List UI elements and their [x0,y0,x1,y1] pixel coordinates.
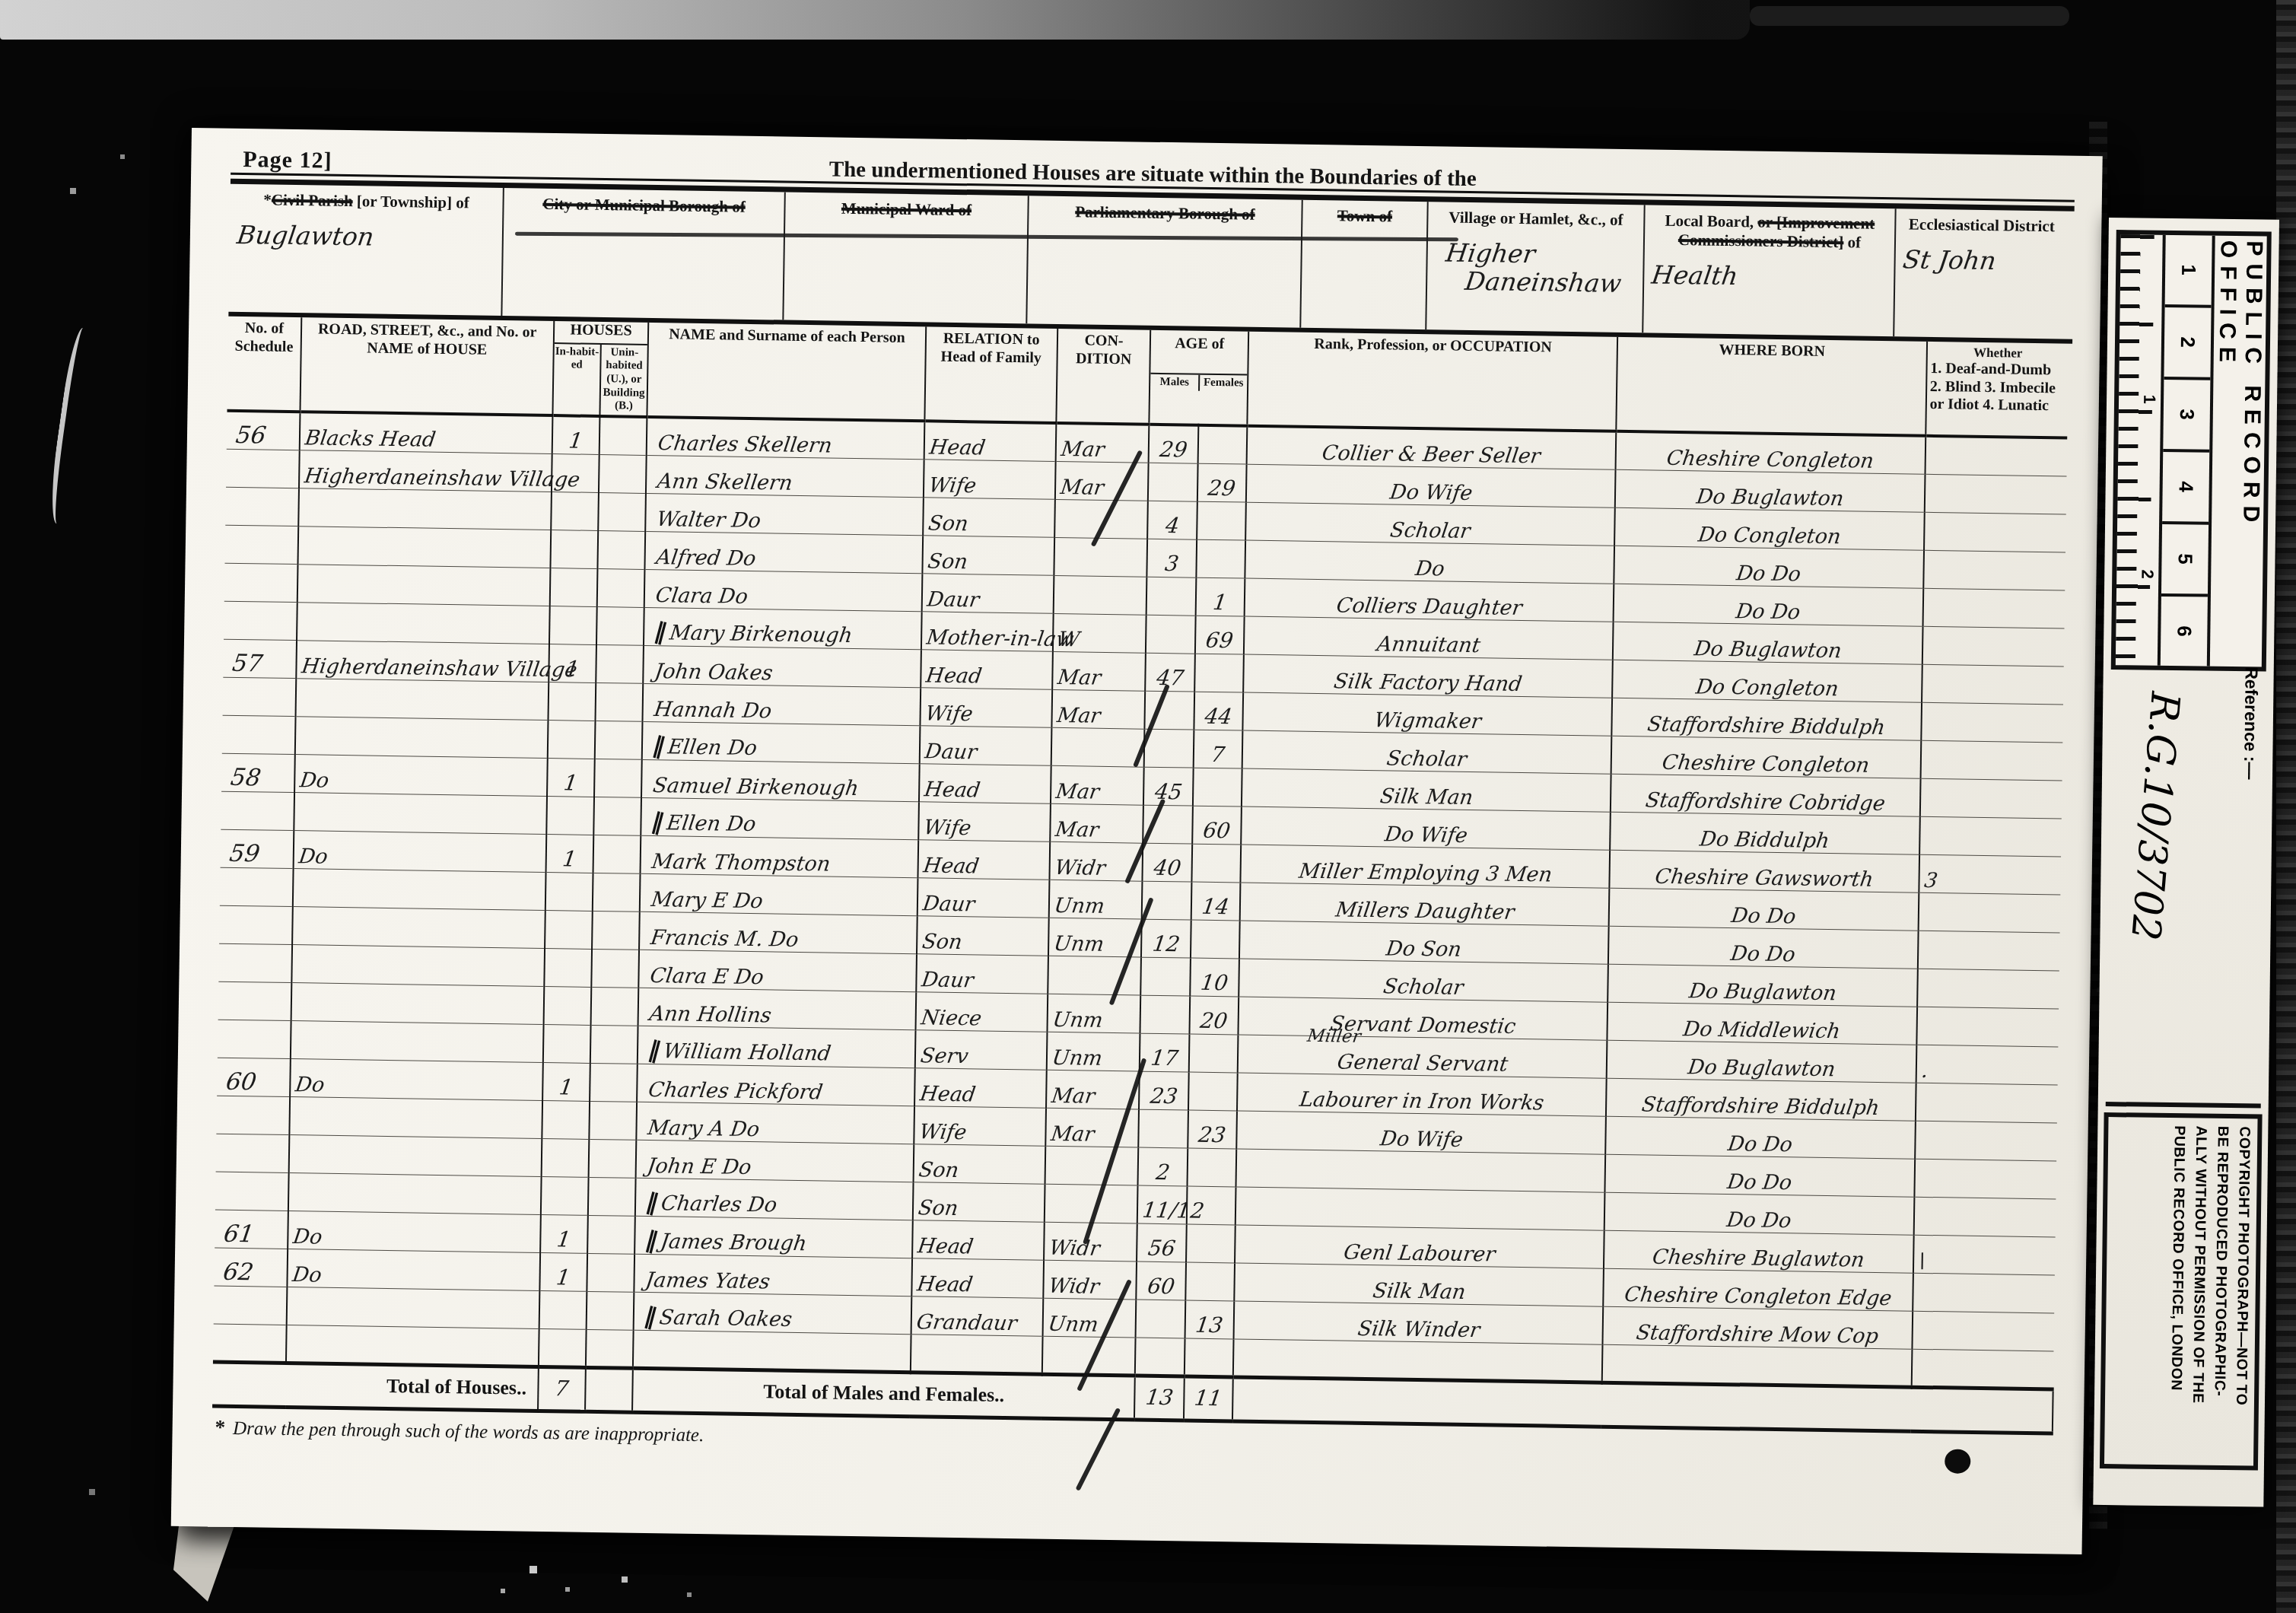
cell-age_m [1139,1109,1188,1148]
cell-name: ∥Charles Do [635,1178,913,1220]
cell-born: Staffordshire Biddulph [1606,1078,1916,1121]
cell-schedule: 56 [227,411,300,450]
cell-name: Francis M. Do [639,911,917,953]
cell-occupation: Miller Employing 3 Men [1241,845,1611,888]
cell-note [1920,778,2062,819]
cell-occupation: Scholar [1242,730,1612,774]
cell-relation: Son [912,1182,1045,1222]
cell-address: Blacks Head [299,412,552,453]
cell-note [1919,816,2062,857]
cell-age_f: 60 [1192,806,1242,845]
cell-condition [1053,575,1146,615]
cell-occupation: Annuitant [1244,616,1614,660]
col-houses: HOUSES In-habit-ed Unin-habited (U.), or… [552,321,649,417]
cell-occupation: Silk Winder [1234,1301,1604,1344]
cell-relation: Head [919,763,1051,803]
cell-age_m: 11/12 [1137,1185,1187,1224]
cell-uninhabited [595,721,643,759]
cell-age_m: 40 [1143,843,1192,882]
civil-parish-value: Buglawton [235,220,376,252]
cell-inhabited [539,1328,587,1367]
cell-uninhabited [594,759,642,797]
cell-age_m [1141,957,1191,996]
cell-condition: Unm [1048,918,1142,957]
cell-inhabited [543,986,591,1025]
cell-occupation: Collier & Beer Seller [1247,426,1617,469]
cell-age_m: 45 [1143,767,1193,806]
cell-age_m [1135,1338,1185,1376]
cell-born: Do Buglawton [1608,964,1917,1007]
cell-uninhabited [591,987,639,1026]
cell-note [1925,436,2067,476]
cell-relation: Wife [920,687,1052,727]
cell-note [1921,702,2063,743]
cell-relation: Serv [914,1029,1047,1070]
cell-inhabited [539,1290,587,1329]
cell-age_f: 1 [1195,577,1245,616]
cell-relation: Grandaur [911,1296,1043,1336]
cell-note [1916,1007,2059,1047]
cell-occupation: Do Son [1239,921,1609,964]
cell-note [1914,1159,2056,1199]
cell-age_f [1186,1224,1235,1263]
cell-address [294,716,548,758]
pen-caret-mark: ∥ [642,1302,660,1331]
cell-relation: Head [924,421,1056,461]
pro-reference-strip: 1 2 1 2 3 4 5 6 PUBLIC RECORD OFFICE Ref… [2093,218,2279,1507]
field-municipal-ward: Municipal Ward of [784,192,1029,324]
col-schedule: No. of Schedule [227,317,301,412]
cell-relation: Head [911,1258,1044,1298]
cell-address [297,526,551,568]
cell-age_f: 29 [1197,463,1247,502]
cell-uninhabited [598,492,646,531]
cell-address [286,1325,539,1366]
total-houses-value: 7 [553,1376,570,1401]
cell-address [288,1134,542,1176]
cell-note [1913,1273,2055,1313]
cell-inhabited: 1 [552,415,599,454]
cell-note: . [1916,1045,2058,1085]
cell-born: Do Buglawton [1615,469,1925,512]
cell-note [1920,740,2062,781]
cell-schedule [225,525,298,564]
cell-inhabited [545,872,593,911]
cell-age_f: 20 [1189,996,1239,1035]
cell-address [289,1096,542,1138]
cell-born: Do Do [1604,1192,1914,1235]
cell-age_m [1144,729,1194,768]
cell-relation: Son [923,497,1055,537]
cell-age_f [1194,654,1244,692]
cell-note: 3 [1919,854,2061,895]
ruler-ticks: 1 2 [2116,234,2166,666]
cell-inhabited [541,1138,589,1177]
cell-relation: Son [913,1144,1045,1184]
cell-relation: Daur [917,877,1049,918]
cell-name: Ann Hollins [638,988,916,1029]
total-males-value: 13 [1144,1385,1175,1410]
cell-name: ∥Sarah Oakes [634,1292,911,1334]
cell-uninhabited [587,1291,634,1330]
cell-occupation: Scholar [1245,502,1615,546]
cell-born: Do Congleton [1612,660,1922,702]
cell-schedule [216,1134,289,1172]
cell-schedule [218,1020,291,1058]
cell-occupation: Do Wife [1236,1111,1606,1154]
cell-name: Mary A Do [637,1102,914,1144]
cell-occupation: Silk Man [1242,768,1611,812]
cell-name: Alfred Do [645,531,923,573]
cell-schedule: 59 [221,829,294,868]
pen-caret-mark: ∥ [650,807,667,836]
total-houses-label: Total of Houses.. [212,1362,538,1411]
cell-occupation: MillerGeneral Servant [1238,1035,1608,1078]
cell-inhabited [549,568,597,606]
cell-address: Do [288,1211,541,1252]
cell-condition: W [1053,613,1146,653]
cell-born: Cheshire Congleton [1616,431,1926,474]
cell-born: Do Buglawton [1607,1040,1916,1083]
cell-occupation: Wigmaker [1243,692,1613,736]
cell-schedule [214,1286,287,1325]
cell-age_m [1136,1300,1185,1338]
cell-address [290,1020,543,1062]
cell-relation: Wife [924,459,1056,499]
cell-age_m [1140,995,1190,1034]
cell-name [633,1330,911,1372]
cell-note [1917,969,2059,1009]
cell-condition [1051,727,1144,767]
field-town: Town of [1301,200,1428,329]
cell-occupation: Labourer in Iron Works [1237,1073,1607,1116]
scan-noise-right [2276,0,2296,1613]
cell-inhabited [542,1024,590,1063]
cell-born: Do Do [1605,1116,1915,1159]
col-inhabited: In-habit-ed [553,344,602,415]
cell-note [1924,474,2066,514]
cell-born: Do Do [1608,926,1918,969]
scan-scratch [46,326,98,526]
pen-caret-mark: ∥ [644,1188,661,1217]
cell-schedule [226,449,299,488]
pen-caret-mark: ∥ [644,1226,661,1255]
cell-address [297,602,550,644]
cell-relation: Daur [919,725,1051,765]
cell-inhabited [545,910,593,949]
local-board-value: Health [1650,260,1740,291]
reference-label: Reference :— [2240,667,2262,780]
cell-born: Cheshire Gawsworth [1610,850,1919,892]
village-value-2: Daneinshaw [1464,266,1623,298]
cell-note [1922,588,2065,628]
reference-number: R.G.10/3702 [2122,690,2188,943]
cell-occupation: Scholar [1239,959,1608,1002]
cell-occupation [1235,1187,1605,1230]
cell-born: Staffordshire Biddulph [1612,698,1922,740]
cell-occupation: Silk Factory Hand [1243,654,1613,698]
cell-address: Higherdaneinshaw Village [299,450,552,492]
cell-schedule [215,1172,288,1211]
cell-uninhabited [596,682,644,721]
cell-schedule: 61 [215,1210,288,1249]
cell-born: Do Congleton [1614,507,1924,550]
cell-schedule [219,905,292,944]
col-age: AGE of Males Females [1150,330,1249,426]
cell-inhabited [544,948,592,987]
cell-uninhabited [599,416,647,455]
cell-name: John E Do [636,1140,914,1182]
cell-name: Walter Do [646,493,924,535]
cell-schedule [224,563,297,602]
cell-uninhabited [586,1329,634,1368]
cell-note [1911,1349,2053,1389]
cell-name: Samuel Birkenough [641,759,919,801]
cell-relation: Daur [921,573,1054,613]
cell-born: Cheshire Congleton Edge [1603,1268,1913,1311]
total-males-females-label: Total of Males and Females.. [632,1368,1135,1420]
cell-condition: Mar [1051,765,1144,805]
col-disability: Whether 1. Deaf-and-Dumb 2. Blind 3. Imb… [1926,342,2069,438]
cell-uninhabited [596,644,644,683]
pro-ruler: 1 2 1 2 3 4 5 6 PUBLIC RECORD OFFICE [2111,230,2272,671]
cell-schedule: 58 [221,753,294,792]
cell-relation: Daur [916,953,1048,994]
cell-age_f: 69 [1195,616,1245,654]
census-table-wrap: No. of Schedule ROAD, STREET, &c., and N… [212,317,2072,1435]
col-road: ROAD, STREET, &c., and No. or NAME of HO… [300,317,554,415]
cell-relation: Mother-in-law [921,611,1054,651]
cell-age_f [1189,1034,1239,1073]
cell-relation: Head [921,649,1053,689]
cell-uninhabited [596,606,644,645]
cell-age_m [1146,615,1195,654]
occupation-annotation: Miller [1305,1026,1362,1045]
cell-age_m: 2 [1138,1147,1188,1186]
pro-reference-area: Reference :— R.G.10/3702 [2106,660,2266,1108]
cell-note [1922,626,2065,667]
cell-note [1923,550,2065,590]
cell-address [298,488,552,530]
col-males: Males [1150,374,1200,391]
cell-name: Ann Skellern [646,455,924,497]
cell-address: Do [294,754,548,796]
cell-schedule [216,1096,289,1134]
cell-born: Cheshire Buglawton [1604,1230,1913,1273]
cell-inhabited [540,1176,588,1215]
cell-born [1602,1344,1912,1387]
cell-relation: Son [917,915,1049,956]
cell-schedule [223,677,296,716]
cell-occupation: Millers Daughter [1240,883,1610,926]
cell-condition: Unm [1048,880,1142,919]
cell-uninhabited [590,1025,638,1064]
cell-uninhabited [593,873,641,911]
cell-uninhabited [597,568,645,607]
cell-note [1924,512,2066,552]
cell-schedule [220,867,293,906]
cell-age_m [1146,577,1196,616]
cell-address [294,792,547,834]
copyright-notice: COPYRIGHT PHOTOGRAPH—NOT TO BE REPRODUCE… [2100,1112,2263,1471]
cell-age_f [1196,539,1245,578]
cell-occupation: Do Wife [1241,806,1611,850]
cell-condition: Mar [1052,651,1146,691]
field-ecclesiastical-district: Ecclesiastical District St John [1894,208,2067,339]
cell-born: Do Do [1614,546,1924,588]
cell-inhabited [550,530,598,568]
cell-age_f [1185,1262,1235,1301]
cell-age_f [1187,1148,1236,1187]
cell-relation [910,1334,1042,1374]
cell-relation: Wife [918,801,1051,841]
cell-uninhabited [593,797,641,835]
total-females-value: 11 [1193,1386,1223,1411]
cell-age_f [1188,1072,1238,1111]
cell-age_m: 4 [1148,501,1197,539]
cell-condition: Mar [1050,803,1143,843]
cell-name: ∥Ellen Do [642,721,920,763]
cell-schedule [213,1324,286,1363]
cell-condition: Unm [1047,994,1140,1033]
cell-name: Mary E Do [640,873,917,915]
cell-uninhabited [597,530,645,569]
cell-occupation: Silk Man [1235,1263,1604,1306]
cell-occupation [1233,1339,1603,1382]
cell-uninhabited [587,1215,635,1254]
cell-name: Clara Do [644,569,922,611]
cell-age_f [1191,844,1241,883]
cell-relation: Head [914,1067,1047,1108]
cell-born: Do Do [1614,584,1923,626]
cell-name: James Yates [634,1254,912,1296]
cell-address [286,1287,539,1328]
cell-age_m: 29 [1149,425,1198,463]
cell-condition: Mar [1046,1070,1140,1109]
cell-occupation: Do Wife [1246,464,1616,507]
cell-schedule: 57 [223,639,296,678]
scan-top-band [0,0,1750,40]
cell-age_m: 23 [1139,1071,1188,1110]
cell-age_f: 14 [1191,882,1241,921]
cell-inhabited: 1 [547,758,595,797]
cell-schedule: 60 [217,1058,290,1096]
pen-caret-mark: ∥ [652,617,669,646]
cell-note [1913,1197,2056,1237]
cell-note [1918,892,2060,933]
cell-condition [1045,1146,1138,1185]
col-condition: CON- DITION [1056,329,1151,425]
cell-age_f [1197,501,1246,540]
cell-born: Cheshire Congleton [1611,736,1921,778]
cell-address [295,678,549,720]
cell-schedule [222,715,295,754]
cell-relation: Head [912,1220,1045,1260]
cell-uninhabited [590,1063,638,1102]
cell-address [292,906,545,948]
cell-condition: Unm [1046,1032,1140,1071]
cell-name: ∥Ellen Do [641,797,919,839]
cell-inhabited: 1 [539,1252,587,1291]
cell-address [291,944,545,986]
cell-born: Staffordshire Cobridge [1611,774,1920,816]
field-civil-parish: *Civil Parish [or Township] of Buglawton [228,184,504,316]
cell-note [1912,1311,2054,1351]
pen-caret-mark: ∥ [646,1036,663,1064]
cell-age_m: 47 [1146,653,1195,692]
cell-age_m: 3 [1147,539,1197,577]
field-local-board: Local Board, or [Improvement Commissione… [1643,205,1896,336]
cell-born: Do Middlewich [1608,1002,1917,1045]
cell-born: Do Do [1605,1154,1915,1197]
cell-condition: Unm [1042,1298,1136,1338]
pro-office-label: PUBLIC RECORD OFFICE [2210,236,2267,667]
cell-relation: Son [922,535,1054,575]
col-born: WHERE BORN [1617,337,1927,436]
cell-name: Charles Skellern [647,417,924,459]
cell-inhabited [549,606,597,644]
cell-inhabited [547,720,595,759]
cell-schedule [218,943,291,982]
cell-relation: Head [917,839,1050,880]
col-occupation: Rank, Profession, or OCCUPATION [1248,332,1618,431]
cell-age_f: 7 [1194,730,1243,768]
cell-condition [1054,537,1147,577]
cell-name: Clara E Do [639,950,917,991]
cell-uninhabited [592,911,640,950]
cell-name: ∥Mary Birkenough [644,607,921,649]
cell-uninhabited [599,454,647,493]
cell-age_m: 17 [1140,1033,1189,1072]
cell-note [1915,1121,2057,1161]
cell-inhabited: 1 [545,834,593,873]
cell-age_m: 56 [1137,1223,1186,1262]
cell-address [297,564,550,606]
cell-name: Hannah Do [643,683,921,725]
field-parliamentary-borough: Parliamentary Borough of [1027,196,1302,327]
cell-name: ∥James Brough [634,1216,912,1258]
cell-uninhabited [593,835,641,873]
cell-schedule: 62 [214,1248,287,1287]
cell-address: Higherdaneinshaw Village [296,640,549,682]
cell-note [1918,931,2060,971]
cell-occupation [1236,1149,1606,1192]
cell-condition: Mar [1051,689,1145,729]
cell-born: Staffordshire Mow Cop [1603,1306,1913,1349]
col-uninhabited: Unin-habited (U.), or Building (B.) [600,345,647,415]
cell-born: Do Buglawton [1613,622,1922,664]
cell-age_m [1148,463,1197,501]
cell-uninhabited [588,1177,636,1216]
cell-occupation: Do [1245,540,1615,584]
cell-note: \ [1913,1235,2056,1275]
census-table: No. of Schedule ROAD, STREET, &c., and N… [212,317,2069,1435]
cell-schedule [225,487,298,526]
cell-uninhabited [587,1253,634,1292]
cell-age_f: 13 [1185,1300,1234,1339]
cell-age_f: 44 [1194,692,1243,730]
ecclesiastical-value: St John [1901,245,1998,276]
scan-speckles [0,0,2,2]
ruler-numbers: 1 2 3 4 5 6 [2161,235,2215,667]
field-village: Village or Hamlet, &c., of Higher Danein… [1426,202,1645,332]
cell-uninhabited [591,949,639,988]
cell-age_f [1185,1338,1234,1377]
cell-inhabited [551,492,599,530]
cell-schedule [221,791,294,830]
cell-inhabited: 1 [542,1062,590,1101]
cell-schedule [218,981,291,1020]
